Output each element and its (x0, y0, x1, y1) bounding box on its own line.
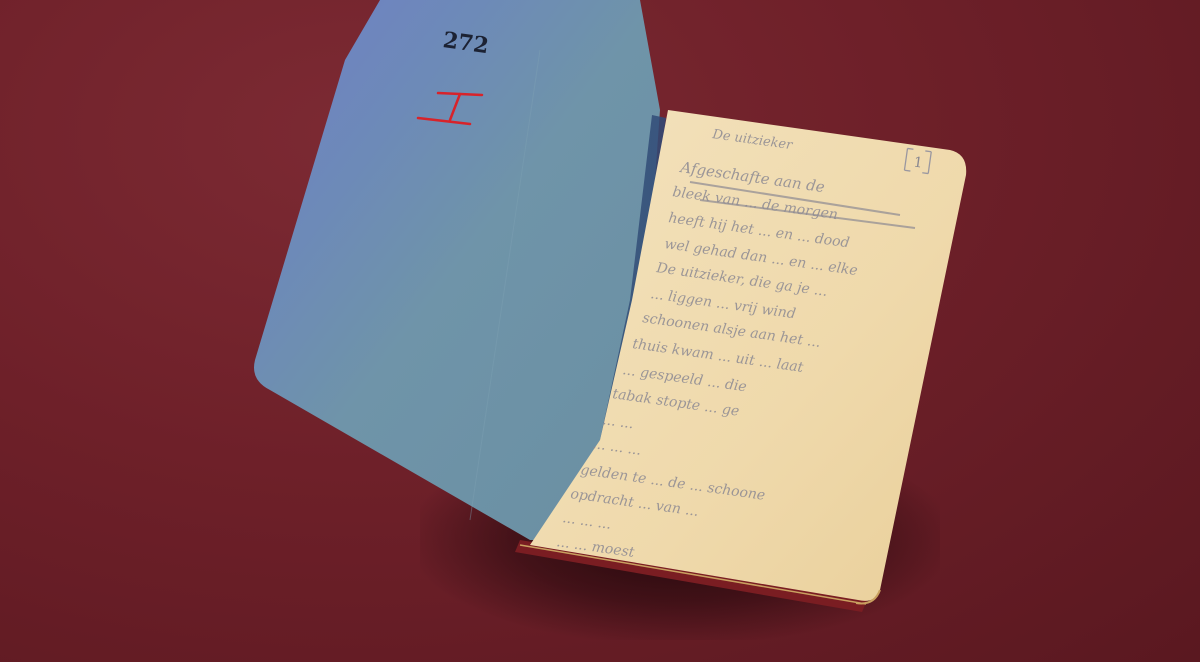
notebook-illustration: 272 1 De uitzieker Afgeschafte aan de bl… (0, 0, 1200, 662)
photo-scene: 272 1 De uitzieker Afgeschafte aan de bl… (0, 0, 1200, 662)
